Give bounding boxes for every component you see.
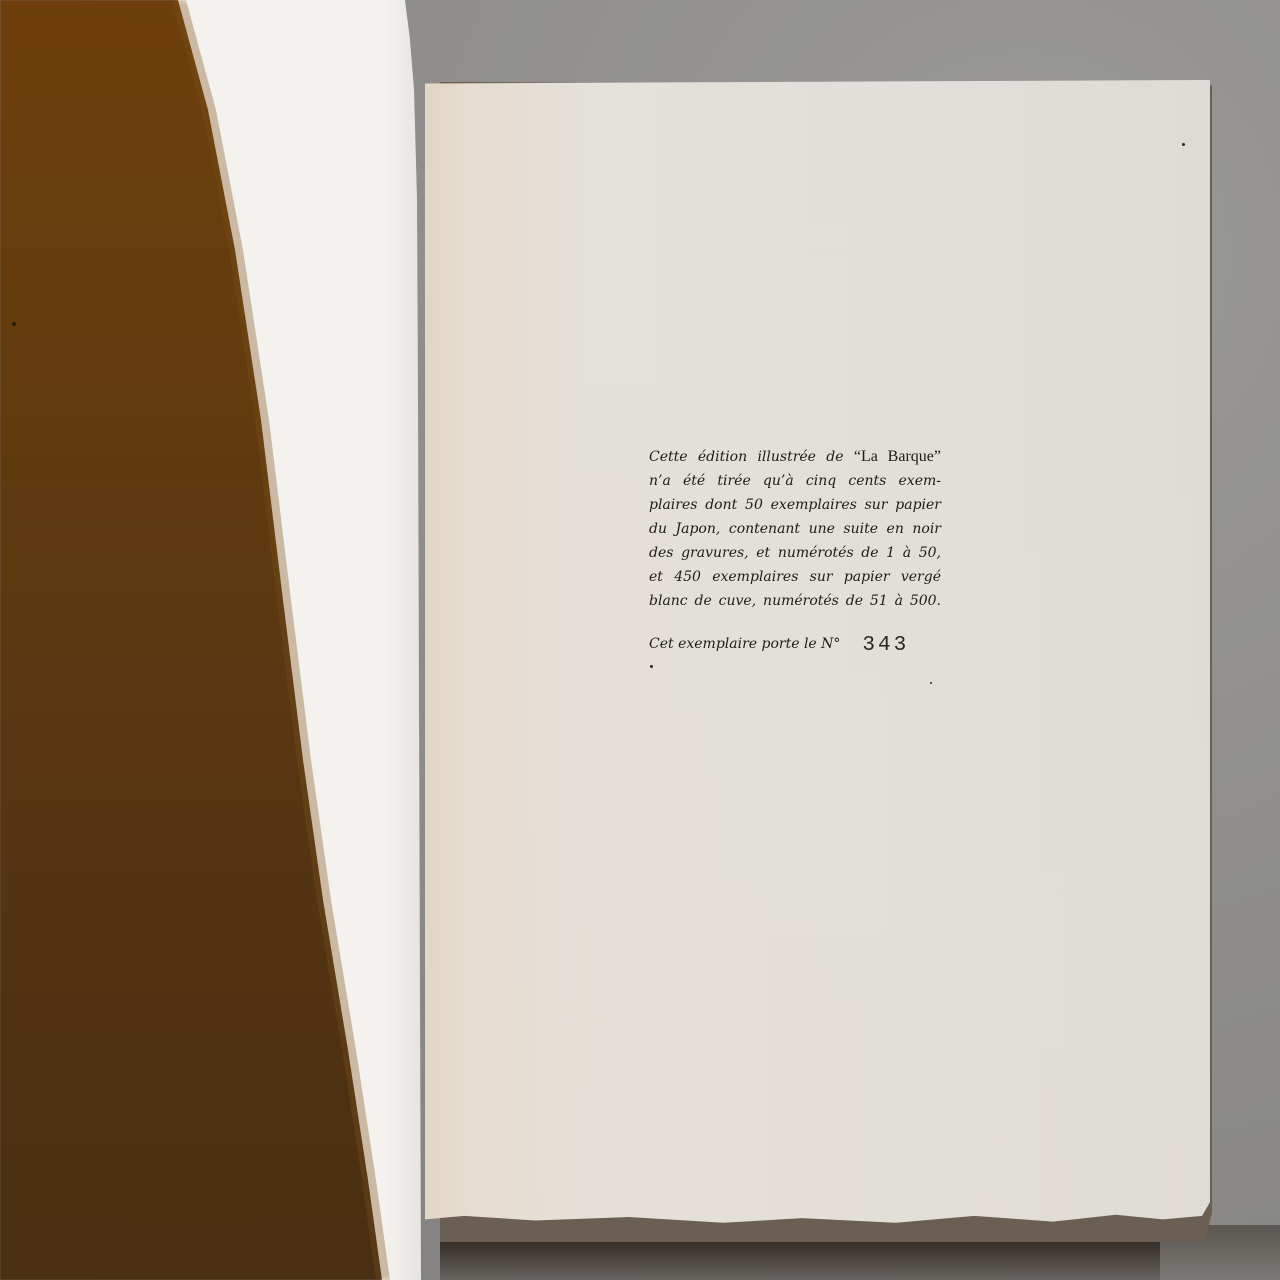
colophon-line-1: Cette édition illustrée de “La Barque” xyxy=(649,445,941,469)
copy-number-value: 343 xyxy=(862,634,909,657)
colophon-line-3: plaires dont 50 exemplaires sur papier xyxy=(649,493,941,517)
colophon-line-6: et 450 exemplaires sur papier vergé xyxy=(649,565,941,589)
paper-speck xyxy=(1182,143,1185,146)
copy-number-label: Cet exemplaire porte le N° xyxy=(649,636,840,652)
book-title: “La Barque” xyxy=(854,448,941,465)
paper-speck xyxy=(650,665,653,668)
colophon-line-7: blanc de cuve, numérotés de 51 à 500. xyxy=(649,589,941,613)
paper-speck xyxy=(930,682,932,684)
colophon-page xyxy=(425,80,1210,1232)
copy-number-line: Cet exemplaire porte le N° 343 xyxy=(649,632,909,655)
colophon-line-4: du Japon, contenant une suite en noir xyxy=(649,517,941,541)
colophon-line-5: des gravures, et numérotés de 1 à 50, xyxy=(649,541,941,565)
colophon-line-2: n’a été tirée qu’à cinq cents exem- xyxy=(649,469,941,493)
photo-scene: Cette édition illustrée de “La Barque” n… xyxy=(0,0,1280,1280)
speck-dark xyxy=(12,322,16,326)
colophon-text: Cette édition illustrée de “La Barque” n… xyxy=(649,445,941,613)
